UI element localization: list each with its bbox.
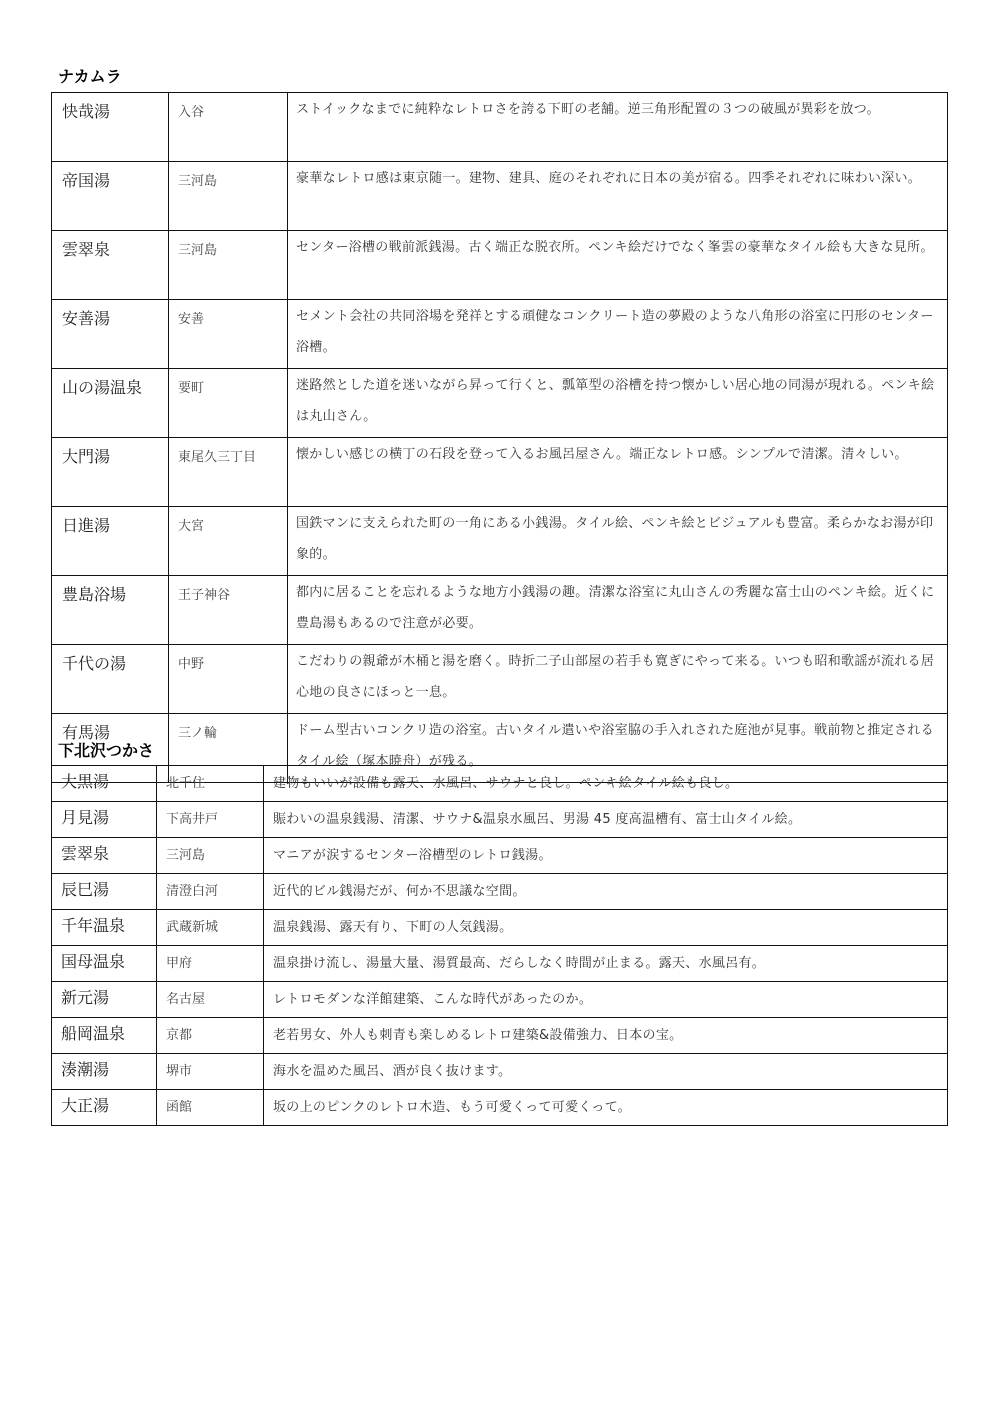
table-row: 国母温泉甲府温泉掛け流し、湯量大量、湯質最高、だらしなく時間が止まる。露天、水風…: [52, 946, 948, 982]
sento-name: 雲翠泉: [52, 231, 169, 300]
sento-area: 中野: [169, 645, 288, 714]
table-row: 新元湯名古屋レトロモダンな洋館建築、こんな時代があったのか。: [52, 982, 948, 1018]
table-row: 大門湯東尾久三丁目懐かしい感じの横丁の石段を登って入るお風呂屋さん。端正なレトロ…: [52, 438, 948, 507]
sento-area: 名古屋: [157, 982, 264, 1018]
sento-area: 函館: [157, 1090, 264, 1126]
sento-description: 老若男女、外人も刺青も楽しめるレトロ建築&設備強力、日本の宝。: [264, 1018, 948, 1054]
sento-description: 近代的ビル銭湯だが、何か不思議な空間。: [264, 874, 948, 910]
sento-area: 王子神谷: [169, 576, 288, 645]
sento-area: 北千住: [157, 766, 264, 802]
sento-name: 山の湯温泉: [52, 369, 169, 438]
sento-area: 武蔵新城: [157, 910, 264, 946]
sento-area: 入谷: [169, 93, 288, 162]
sento-description: 豪華なレトロ感は東京随一。建物、建具、庭のそれぞれに日本の美が宿る。四季それぞれ…: [288, 162, 948, 231]
sento-name: 豊島浴場: [52, 576, 169, 645]
table-row: 安善湯安善セメント会社の共同浴場を発祥とする頑健なコンクリート造の夢殿のような八…: [52, 300, 948, 369]
table-row: 辰巳湯清澄白河近代的ビル銭湯だが、何か不思議な空間。: [52, 874, 948, 910]
table-row: 豊島浴場王子神谷都内に居ることを忘れるような地方小銭湯の趣。清潔な浴室に丸山さん…: [52, 576, 948, 645]
section-title-nakamura: ナカムラ: [58, 64, 122, 87]
sento-description: 温泉掛け流し、湯量大量、湯質最高、だらしなく時間が止まる。露天、水風呂有。: [264, 946, 948, 982]
sento-name: 日進湯: [52, 507, 169, 576]
sento-name: 千代の湯: [52, 645, 169, 714]
sento-area: 甲府: [157, 946, 264, 982]
table-row: 月見湯下高井戸賑わいの温泉銭湯、清潔、サウナ&温泉水風呂、男湯 45 度高温槽有…: [52, 802, 948, 838]
sento-name: 大黒湯: [52, 766, 157, 802]
table-row: 帝国湯三河島豪華なレトロ感は東京随一。建物、建具、庭のそれぞれに日本の美が宿る。…: [52, 162, 948, 231]
sento-name: 船岡温泉: [52, 1018, 157, 1054]
section-title-shimokitazawa-tsukasa: 下北沢つかさ: [58, 738, 154, 761]
sento-area: 要町: [169, 369, 288, 438]
sento-description: 建物もいいが設備も露天、水風呂、サウナと良し。ペンキ絵タイル絵も良し。: [264, 766, 948, 802]
sento-area: 三河島: [169, 231, 288, 300]
table-row: 大黒湯北千住建物もいいが設備も露天、水風呂、サウナと良し。ペンキ絵タイル絵も良し…: [52, 766, 948, 802]
sento-name: 帝国湯: [52, 162, 169, 231]
sento-area: 下高井戸: [157, 802, 264, 838]
sento-name: 月見湯: [52, 802, 157, 838]
sento-description: 迷路然とした道を迷いながら昇って行くと、瓢箪型の浴槽を持つ懐かしい居心地の同湯が…: [288, 369, 948, 438]
sento-description: レトロモダンな洋館建築、こんな時代があったのか。: [264, 982, 948, 1018]
sento-name: 雲翠泉: [52, 838, 157, 874]
table-row: 大正湯函館坂の上のピンクのレトロ木造、もう可愛くって可愛くって。: [52, 1090, 948, 1126]
sento-description: 懐かしい感じの横丁の石段を登って入るお風呂屋さん。端正なレトロ感。シンプルで清潔…: [288, 438, 948, 507]
sento-area: 安善: [169, 300, 288, 369]
table-row: 雲翠泉三河島マニアが涙するセンター浴槽型のレトロ銭湯。: [52, 838, 948, 874]
table-row: 快哉湯入谷ストイックなまでに純粋なレトロさを誇る下町の老舗。逆三角形配置の３つの…: [52, 93, 948, 162]
sento-description: 都内に居ることを忘れるような地方小銭湯の趣。清潔な浴室に丸山さんの秀麗な富士山の…: [288, 576, 948, 645]
sento-description: 坂の上のピンクのレトロ木造、もう可愛くって可愛くって。: [264, 1090, 948, 1126]
sento-name: 湊潮湯: [52, 1054, 157, 1090]
sento-description: 賑わいの温泉銭湯、清潔、サウナ&温泉水風呂、男湯 45 度高温槽有、富士山タイル…: [264, 802, 948, 838]
sento-name: 大門湯: [52, 438, 169, 507]
sento-description: 国鉄マンに支えられた町の一角にある小銭湯。タイル絵、ペンキ絵とビジュアルも豊富。…: [288, 507, 948, 576]
sento-area: 東尾久三丁目: [169, 438, 288, 507]
sento-table-shimokitazawa-tsukasa: 大黒湯北千住建物もいいが設備も露天、水風呂、サウナと良し。ペンキ絵タイル絵も良し…: [51, 765, 948, 1126]
sento-name: 辰巳湯: [52, 874, 157, 910]
sento-area: 三河島: [157, 838, 264, 874]
sento-description: ストイックなまでに純粋なレトロさを誇る下町の老舗。逆三角形配置の３つの破風が異彩…: [288, 93, 948, 162]
sento-description: 海水を温めた風呂、酒が良く抜けます。: [264, 1054, 948, 1090]
sento-name: 安善湯: [52, 300, 169, 369]
sento-description: マニアが涙するセンター浴槽型のレトロ銭湯。: [264, 838, 948, 874]
sento-area: 三河島: [169, 162, 288, 231]
sento-area: 京都: [157, 1018, 264, 1054]
sento-table-nakamura: 快哉湯入谷ストイックなまでに純粋なレトロさを誇る下町の老舗。逆三角形配置の３つの…: [51, 92, 948, 783]
sento-name: 快哉湯: [52, 93, 169, 162]
sento-area: 堺市: [157, 1054, 264, 1090]
sento-name: 大正湯: [52, 1090, 157, 1126]
sento-area: 大宮: [169, 507, 288, 576]
table-row: 千代の湯中野こだわりの親爺が木桶と湯を磨く。時折二子山部屋の若手も寛ぎにやって来…: [52, 645, 948, 714]
sento-description: 温泉銭湯、露天有り、下町の人気銭湯。: [264, 910, 948, 946]
table-row: 日進湯大宮国鉄マンに支えられた町の一角にある小銭湯。タイル絵、ペンキ絵とビジュア…: [52, 507, 948, 576]
sento-name: 国母温泉: [52, 946, 157, 982]
table-row: 千年温泉武蔵新城温泉銭湯、露天有り、下町の人気銭湯。: [52, 910, 948, 946]
table-row: 雲翠泉三河島センター浴槽の戦前派銭湯。古く端正な脱衣所。ペンキ絵だけでなく峯雲の…: [52, 231, 948, 300]
sento-description: こだわりの親爺が木桶と湯を磨く。時折二子山部屋の若手も寛ぎにやって来る。いつも昭…: [288, 645, 948, 714]
sento-name: 新元湯: [52, 982, 157, 1018]
sento-description: セメント会社の共同浴場を発祥とする頑健なコンクリート造の夢殿のような八角形の浴室…: [288, 300, 948, 369]
sento-description: センター浴槽の戦前派銭湯。古く端正な脱衣所。ペンキ絵だけでなく峯雲の豪華なタイル…: [288, 231, 948, 300]
sento-area: 清澄白河: [157, 874, 264, 910]
table-row: 船岡温泉京都老若男女、外人も刺青も楽しめるレトロ建築&設備強力、日本の宝。: [52, 1018, 948, 1054]
table-row: 山の湯温泉要町迷路然とした道を迷いながら昇って行くと、瓢箪型の浴槽を持つ懐かしい…: [52, 369, 948, 438]
table-row: 湊潮湯堺市海水を温めた風呂、酒が良く抜けます。: [52, 1054, 948, 1090]
sento-name: 千年温泉: [52, 910, 157, 946]
